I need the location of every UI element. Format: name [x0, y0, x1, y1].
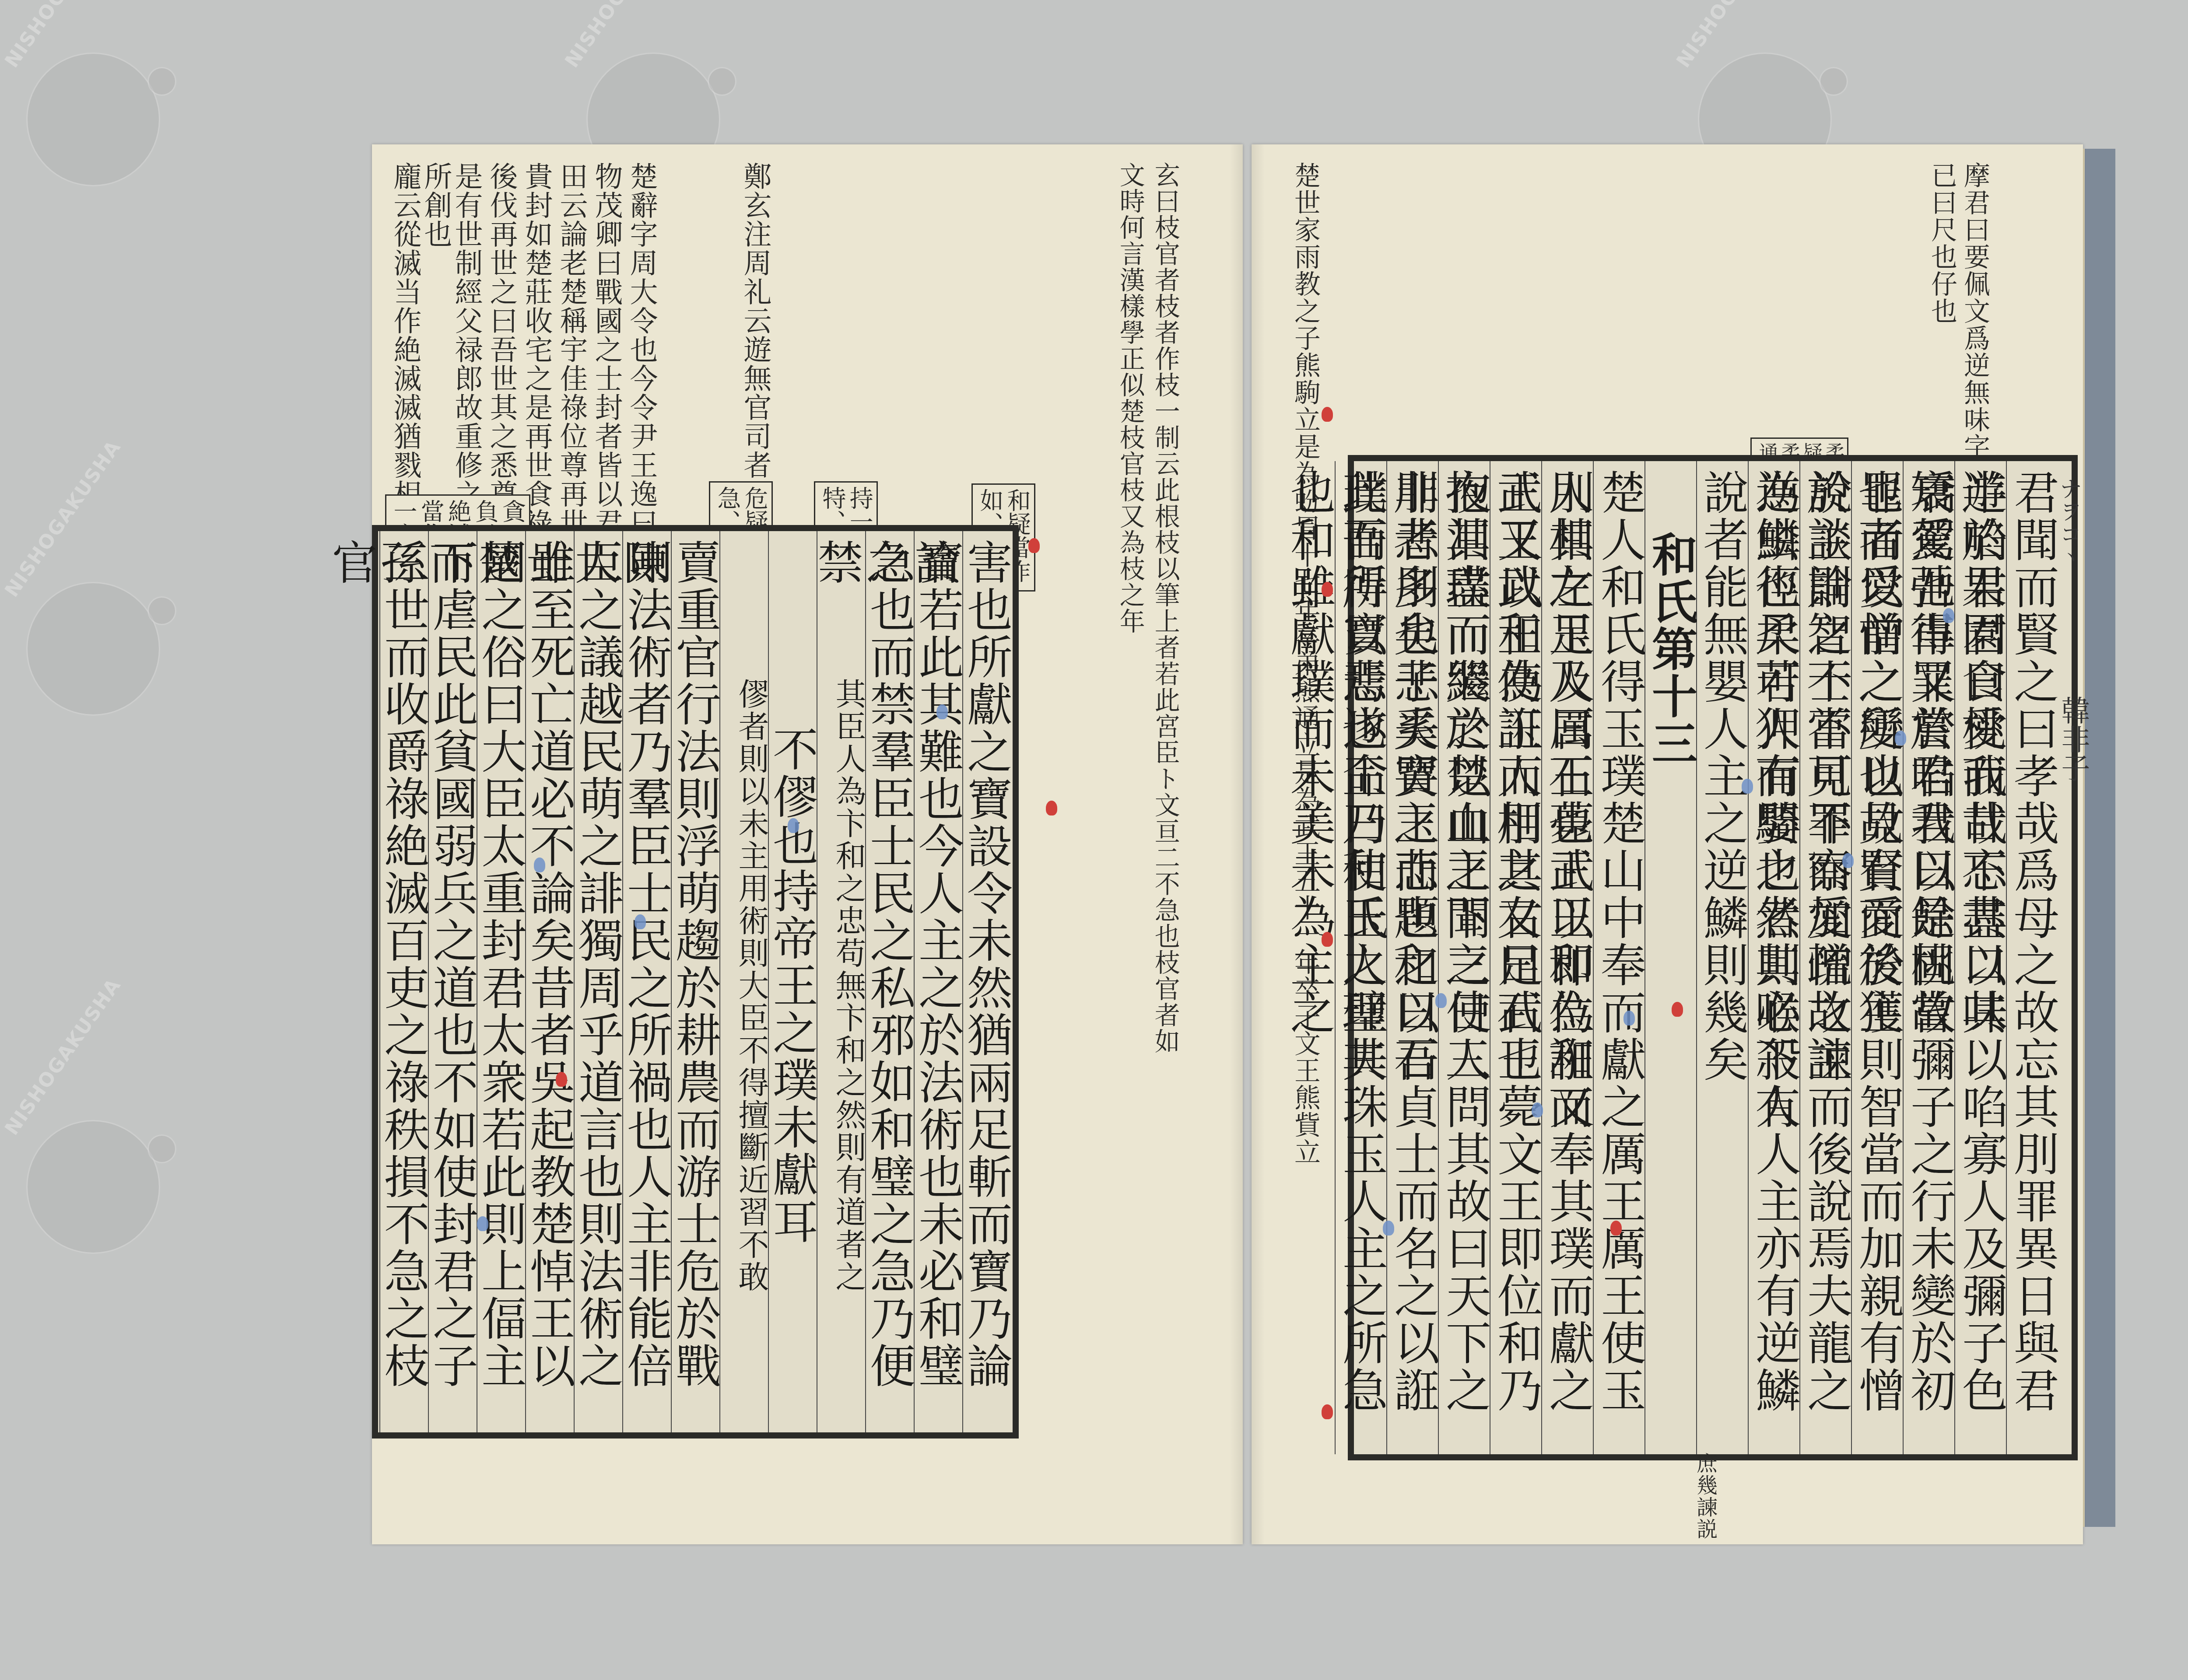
watermark-text: NISHOGAKUSHA — [561, 0, 685, 72]
top-note: 已曰尺也仔也 — [1928, 162, 1957, 325]
blue-kunten-mark — [1742, 779, 1753, 794]
text-column: 璞而得寶焉遂命曰和氏之璧夫珠玉人主之所急也和雖獻璞而未美未為主之 — [1335, 461, 1387, 1454]
red-kunten-mark — [1672, 1002, 1683, 1017]
bottom-note: 庶幾諫説 — [1694, 1452, 1717, 1540]
text-column: 刖其左足及厲王薨武王即位和又奉其璞而獻之武王武王使玉人相之又曰石也 — [1541, 461, 1594, 1454]
blue-kunten-mark — [788, 818, 799, 833]
red-kunten-mark — [1046, 801, 1057, 815]
text-column: 楚人和氏得玉璞楚山中奉而獻之厲王厲王使玉人相之玉人曰石也王以和為誑而 — [1593, 461, 1645, 1454]
text-column: 逆鱗徑尺若人有嬰之者則必殺人人主亦有逆鱗說者能無嬰人主之逆鱗則幾矣 — [1748, 461, 1800, 1454]
margin-kana-label: ナヲコヽ — [2052, 477, 2085, 568]
right-page: 楚世家雨教之子熊駒立是為蚡冒十七年卒弟熊通立是為武王五十一年卒子文王熊貲立 摩君… — [1252, 144, 2083, 1544]
text-column: 罪者愛憎之變也故有愛於主則智當而加親有憎於主則智不當見罪而加疏故諫 — [1851, 461, 1904, 1454]
text-column: 害也所獻之寶設令未然猶兩足斬而寶乃論論 — [962, 531, 1012, 1432]
blue-kunten-mark — [534, 857, 545, 872]
watermark-text: NISHOGAKUSHA — [0, 974, 125, 1139]
watermark-logo: NISHOGAKUSHA — [26, 1120, 160, 1254]
text-column: 雖至死亡道必不論矣昔者吳起教楚悼王以楚 — [525, 531, 575, 1432]
text-column: 不僇也持帝王之璞未獻耳 — [768, 531, 817, 1432]
red-kunten-mark — [1322, 1404, 1333, 1419]
main-text-frame: 害也所獻之寶設令未然猶兩足斬而寶乃論論 寶若此其難也今人主之於法術也未必和璧之 … — [372, 525, 1019, 1438]
book-title-label: 韓非子 — [2052, 696, 2094, 782]
text-column: 急也而禁羣臣士民之私邪如和璧之急乃便禁 — [865, 531, 915, 1432]
blue-kunten-mark — [477, 1216, 488, 1231]
watermark-text: NISHOGAKUSHA — [0, 436, 125, 601]
text-column-annotation — [1696, 461, 1749, 1454]
blue-kunten-mark — [936, 704, 948, 719]
text-column: 則法術者乃羣臣士民之所禍也人主非能倍大 — [622, 531, 672, 1432]
blue-kunten-mark — [1532, 1102, 1543, 1117]
watermark-text: NISHOGAKUSHA — [0, 0, 125, 72]
red-kunten-mark — [1322, 582, 1333, 597]
blue-kunten-mark — [1383, 1221, 1394, 1235]
text-column: 說談論之士不可不察愛憎之主而後說焉夫龍之為虫也柔可狎而騎也然其喉下有 — [1799, 461, 1852, 1454]
left-page: 鄭玄注周礼云遊無官司者 楚辭字周大令也今令尹王逸曰同合也 物茂卿曰戰國之士封者皆… — [372, 144, 1243, 1544]
text-column: 其臣人為卞和之忠苟無卞和之然則有道者之 — [817, 531, 866, 1432]
red-kunten-mark — [556, 1072, 567, 1087]
text-column: 寶若此其難也今人主之於法術也未必和璧之 — [914, 531, 963, 1432]
red-kunten-mark — [1322, 407, 1333, 422]
text-column: 僇者則以未主用術則大臣不得擅斷近習不敢 — [719, 531, 769, 1432]
gutter-shadow — [1230, 144, 1243, 1544]
blue-kunten-mark — [1623, 1011, 1635, 1025]
watermark-text: NISHOGAKUSHA — [1672, 0, 1797, 72]
open-book-spread: 鄭玄注周礼云遊無官司者 楚辭字周大令也今令尹王逸曰同合也 物茂卿曰戰國之士封者皆… — [372, 144, 2175, 1549]
text-column: 三世而收爵祿絶滅百吏之祿秩損不急之枝官 — [379, 531, 429, 1432]
red-kunten-mark — [1610, 1221, 1622, 1235]
text-column: 君聞而賢之曰孝哉爲母之故忘其刖罪異日與君遊於果園食桃而甘不盡以其 — [2006, 461, 2058, 1454]
text-column: 半啗君君曰愛我哉忘其口味以啗寡人及彌子色衰愛弛得罪於君君曰是固嘗 — [1954, 461, 2007, 1454]
red-kunten-mark — [1322, 932, 1333, 947]
text-column: 王又以和為誑而刖其右足武王薨文王即位和乃抱其璞而哭於楚山之下三日三 — [1490, 461, 1542, 1454]
text-column: 夜泪盡而繼之以血王聞之使人問其故曰天下之刖者多矣子奚哭之悲也和曰吾 — [1438, 461, 1490, 1454]
text-column: 賣重官行法則浮萌趨於耕農而游士危於戰陳 — [671, 531, 720, 1432]
blue-kunten-mark — [635, 914, 646, 929]
blue-kunten-mark — [1842, 853, 1854, 868]
watermark-logo: NISHOGAKUSHA — [26, 582, 160, 716]
gutter-note: 文時何言漢樣學正似楚枝官枝又為枝之年 — [1116, 162, 1144, 634]
gutter-note: 玄曰枝官者枝者作枝一制云此根枝以筆上者若此宮臣ト文亘二不急也枝官者如 — [1151, 162, 1179, 1054]
text-column: 非悲刖也悲夫寶玉而題之以石貞士而名之以誑此吾所以悲也王乃使玉人理其 — [1386, 461, 1439, 1454]
blue-kunten-mark — [1895, 731, 1906, 745]
top-note: 所創也 — [420, 162, 451, 248]
top-note: 鄭玄注周礼云遊無官司者 — [740, 162, 770, 479]
main-text-frame: 君聞而賢之曰孝哉爲母之故忘其刖罪異日與君遊於果園食桃而甘不盡以其 半啗君君曰愛我… — [1348, 455, 2078, 1460]
red-kunten-mark — [1028, 538, 1040, 553]
blue-kunten-mark — [1943, 608, 1954, 623]
gutter-shadow — [1252, 144, 1265, 1544]
book-cover-edge — [2083, 149, 2115, 1527]
text-column: 臣之議越民萌之誹獨周乎道言也則法術之士 — [574, 531, 623, 1432]
text-column: 國之俗曰大臣太重封君太衆若此則上偪主而 — [477, 531, 526, 1432]
text-column: 下虐民此貧國弱兵之道也不如使封君之子孫 — [428, 531, 477, 1432]
watermark-logo: NISHOGAKUSHA — [26, 52, 160, 186]
blue-kunten-mark — [1435, 993, 1447, 1008]
chapter-title: 和氏第十三 — [1645, 461, 1697, 1454]
